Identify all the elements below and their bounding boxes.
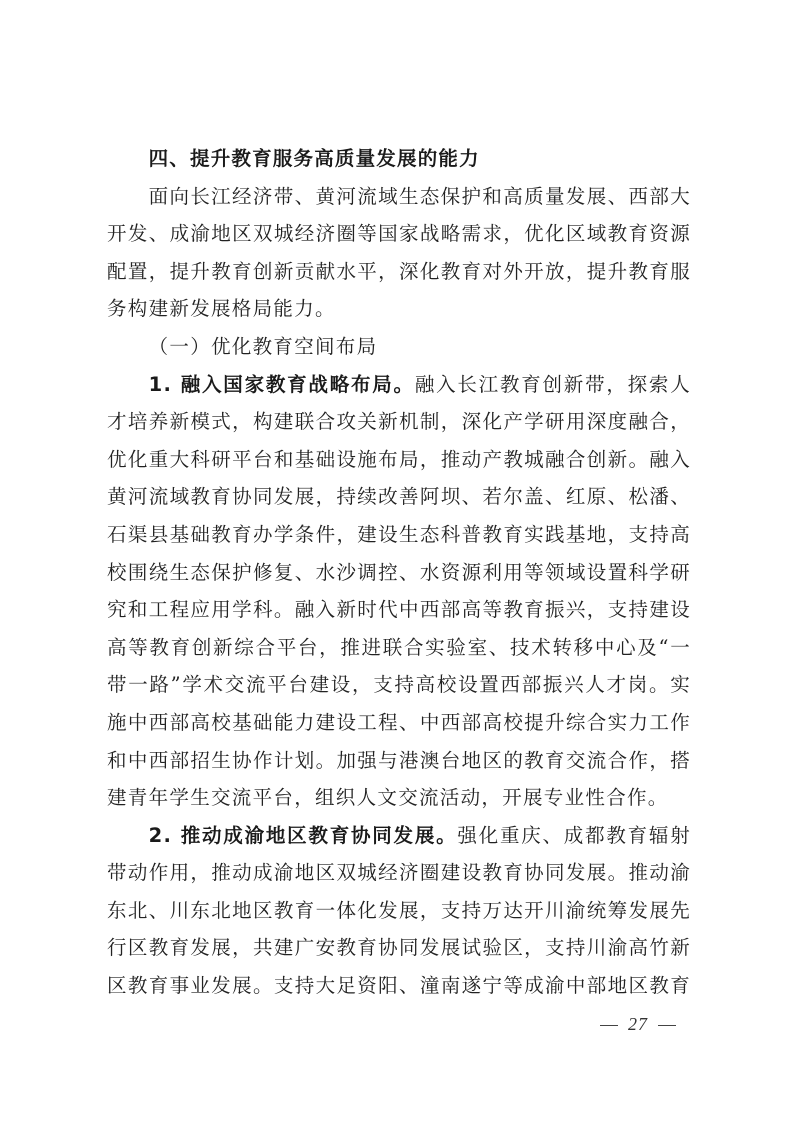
text-line: 石渠县基础教育办学条件，建设生态科普教育实践基地，支持高: [107, 516, 691, 554]
page-number: 27: [628, 1014, 648, 1034]
text-line: 带动作用，推动成渝地区双城经济圈建设教育协同发展。推动渝: [107, 854, 691, 892]
text-line: 优化重大科研平台和基础设施布局，推动产教城融合创新。融入: [107, 441, 691, 479]
section-intro-paragraph: 面向长江经济带、黄河流域生态保护和高质量发展、西部大 开发、成渝地区双城经济圈等…: [107, 178, 691, 328]
text-line: 高等教育创新综合平台，推进联合实验室、技术转移中心及“一: [107, 629, 691, 667]
item-1-title: 1. 融入国家教育战略布局。: [149, 373, 415, 396]
item-2-first-line-text: 强化重庆、成都教育辐射: [457, 824, 691, 847]
text-line: 带一路”学术交流平台建设，支持高校设置西部振兴人才岗。实: [107, 666, 691, 704]
text-line: 和中西部招生协作计划。加强与港澳台地区的教育交流合作，搭: [107, 742, 691, 780]
text-line: 究和工程应用学科。融入新时代中西部高等教育振兴，支持建设: [107, 591, 691, 629]
text-line: 施中西部高校基础能力建设工程、中西部高校提升综合实力工作: [107, 704, 691, 742]
item-1-first-line-text: 融入长江教育创新带，探索人: [415, 373, 691, 396]
text-line: 面向长江经济带、黄河流域生态保护和高质量发展、西部大: [107, 178, 691, 216]
text-line: 才培养新模式，构建联合攻关新机制，深化产学研用深度融合，: [107, 403, 691, 441]
text-line: 开发、成渝地区双城经济圈等国家战略需求，优化区域教育资源: [107, 215, 691, 253]
item-2-title: 2. 推动成渝地区教育协同发展。: [149, 824, 458, 847]
text-line: 2. 推动成渝地区教育协同发展。强化重庆、成都教育辐射: [107, 817, 691, 855]
text-line: 务构建新发展格局能力。: [107, 290, 691, 328]
page-number-dash-right: [658, 1025, 676, 1026]
text-line: 校围绕生态保护修复、水沙调控、水资源利用等领域设置科学研: [107, 554, 691, 592]
text-line: 配置，提升教育创新贡献水平，深化教育对外开放，提升教育服: [107, 253, 691, 291]
text-line: 东北、川东北地区教育一体化发展，支持万达开川渝统筹发展先: [107, 892, 691, 930]
text-line: 区教育事业发展。支持大足资阳、潼南遂宁等成渝中部地区教育: [107, 967, 691, 1005]
document-page: 四、提升教育服务高质量发展的能力 面向长江经济带、黄河流域生态保护和高质量发展、…: [107, 140, 691, 1005]
text-line: 1. 融入国家教育战略布局。融入长江教育创新带，探索人: [107, 366, 691, 404]
page-number-dash-left: [600, 1025, 618, 1026]
item-1-paragraph: 1. 融入国家教育战略布局。融入长江教育创新带，探索人 才培养新模式，构建联合攻…: [107, 366, 691, 817]
text-line: 建青年学生交流平台，组织人文交流活动，开展专业性合作。: [107, 779, 691, 817]
section-heading: 四、提升教育服务高质量发展的能力: [107, 140, 691, 178]
item-2-paragraph: 2. 推动成渝地区教育协同发展。强化重庆、成都教育辐射 带动作用，推动成渝地区双…: [107, 817, 691, 1005]
text-line: 行区教育发展，共建广安教育协同发展试验区，支持川渝高竹新: [107, 929, 691, 967]
text-line: 黄河流域教育协同发展，持续改善阿坝、若尔盖、红原、松潘、: [107, 478, 691, 516]
subsection-heading: （一）优化教育空间布局: [107, 328, 691, 366]
page-number-footer: 27: [590, 1014, 686, 1035]
